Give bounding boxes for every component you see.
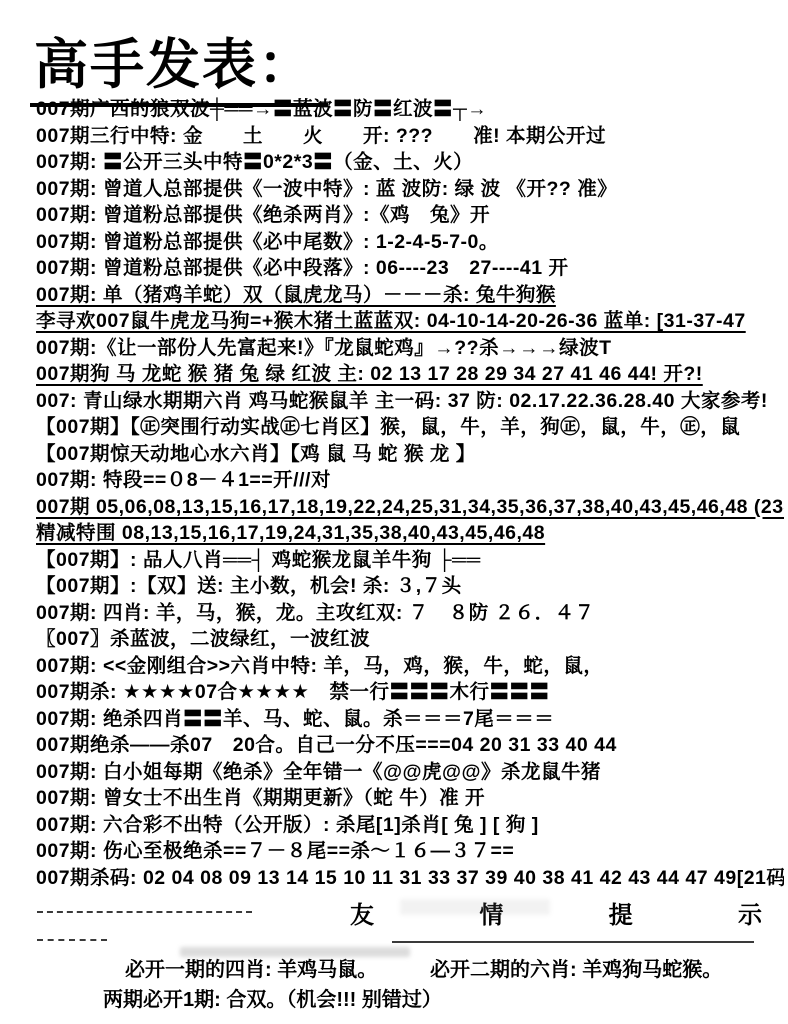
- tip-line: 【007期】:【双】送: 主小数，机会! 杀: ３,７头: [36, 573, 784, 600]
- page-title: 高手发表：: [30, 22, 328, 107]
- tip-line: 【007期】: 品人八肖══┤ 鸡蛇猴龙鼠羊牛狗 ├══: [36, 547, 784, 574]
- tip-line: 007期: 特段==０8－４1==开///对: [36, 467, 784, 494]
- tip-line: 007期: 曾女士不出生肖《期期更新》（蛇 牛）准 开: [36, 785, 784, 812]
- tip-line: 【007期】【㊣突围行动实战㊣七肖区】猴，鼠，牛，羊，狗㊣，鼠，牛，㊣，鼠: [36, 414, 784, 441]
- tip-line: 007期: 曾道粉总部提供《绝杀两肖》:《鸡 兔》开: [36, 202, 784, 229]
- tip-line: 【007期惊天动地心水六肖】【鸡 鼠 马 蛇 猴 龙 】: [36, 441, 784, 468]
- tip-sheet-page: 高手发表： 007期广西的狼双波┼══→〓蓝波〓防〓红波〓┬→007期三行中特:…: [0, 0, 788, 1024]
- tip-line: 007期: 〓公开三头中特〓0*2*3〓（金、土、火）: [36, 149, 784, 176]
- tip-line: 李寻欢007鼠牛虎龙马狗=+猴木猪土蓝蓝双: 04-10-14-20-26-36…: [36, 308, 784, 335]
- tip-line: 007期: <<金刚组合>>六肖中特: 羊，马，鸡，猴，牛，蛇，鼠，: [36, 653, 784, 680]
- footer-tip-four-zodiac: 必开一期的四肖: 羊鸡马鼠。: [125, 953, 377, 982]
- tip-line: 007期: 伤心至极绝杀==７－８尾==杀～１６—３７==: [36, 838, 784, 865]
- tip-line: 007期: 曾道人总部提供《一波中特》: 蓝 波防: 绿 波 《开?? 准》: [36, 176, 784, 203]
- tip-line: 007期三行中特: 金 土 火 开: ??? 准! 本期公开过: [36, 123, 784, 150]
- tip-line: 007: 青山绿水期期六肖 鸡马蛇猴鼠羊 主一码: 37 防: 02.17.22…: [36, 388, 784, 415]
- tip-line: 007期狗 马 龙蛇 猴 猪 兔 绿 红波 主: 02 13 17 28 29 …: [36, 361, 784, 388]
- tip-line: 007期:《让一部份人先富起来!》『龙鼠蛇鸡』→??杀→→→绿波T: [36, 335, 784, 362]
- tip-lines: 007期广西的狼双波┼══→〓蓝波〓防〓红波〓┬→007期三行中特: 金 土 火…: [36, 96, 784, 891]
- footer-notice-section: 友 情 提 示 必开一期的四肖: 羊鸡马鼠。 必开二期的六肖: 羊鸡狗马蛇猴。 …: [0, 893, 788, 1024]
- tip-line: 007期杀: ★★★★07合★★★★ 禁一行〓〓〓木行〓〓〓: [36, 679, 784, 706]
- notice-char: 提: [609, 895, 633, 930]
- divider-line: [392, 941, 754, 943]
- tip-line: 007期杀码: 02 04 08 09 13 14 15 10 11 31 33…: [36, 865, 784, 892]
- notice-char: 示: [738, 895, 762, 930]
- tip-line: 007期: 单（猪鸡羊蛇）双（鼠虎龙马）－－－杀: 兔牛狗猴: [36, 282, 784, 309]
- tip-line: 007期: 绝杀四肖〓〓羊、马、蛇、鼠。杀＝＝＝7尾＝＝＝: [36, 706, 784, 733]
- scan-artifact: [400, 899, 550, 915]
- tip-line: 007期绝杀——杀07 20合。自己一分不压===04 20 31 33 40 …: [36, 732, 784, 759]
- footer-tip-double: 两期必开1期: 合双。（机会!!! 别错过）: [103, 983, 442, 1012]
- scan-artifact: [180, 947, 410, 957]
- tip-line: 007期: 曾道粉总部提供《必中尾数》: 1-2-4-5-7-0。: [36, 229, 784, 256]
- tip-line: 〖007〗杀蓝波，二波绿红，一波红波: [36, 626, 784, 653]
- tip-line: 精减特围 08,13,15,16,17,19,24,31,35,38,40,43…: [36, 520, 784, 547]
- tip-line: 007期广西的狼双波┼══→〓蓝波〓防〓红波〓┬→: [36, 96, 784, 123]
- divider-line: [37, 939, 107, 941]
- tip-line: 007期: 六合彩不出特（公开版）: 杀尾[1]杀肖[ 兔 ] [ 狗 ]: [36, 812, 784, 839]
- tip-line: 007期: 曾道粉总部提供《必中段落》: 06----23 27----41 开: [36, 255, 784, 282]
- divider-line: [37, 911, 252, 913]
- footer-tip-six-zodiac: 必开二期的六肖: 羊鸡狗马蛇猴。: [430, 953, 722, 982]
- tip-line: 007期: 四肖: 羊，马，猴，龙。主攻红双: ７ ８防 ２６．４７: [36, 600, 784, 627]
- tip-line: 007期: 白小姐每期《绝杀》全年错一《@@虎@@》杀龙鼠牛猪: [36, 759, 784, 786]
- notice-char: 友: [350, 895, 374, 930]
- tip-line: 007期 05,06,08,13,15,16,17,18,19,22,24,25…: [36, 494, 784, 521]
